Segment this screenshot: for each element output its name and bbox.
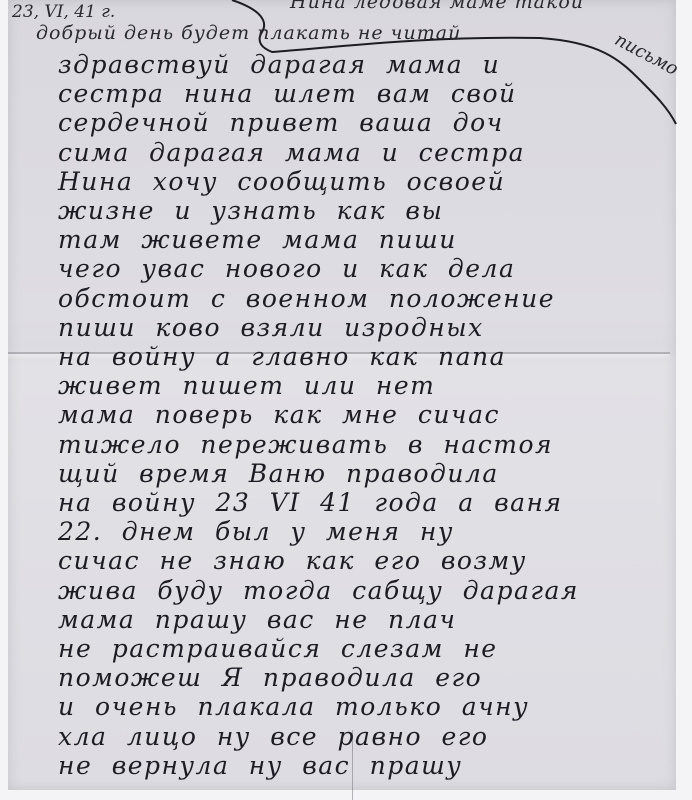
top-note-line2: добрый день будет плакать не читай	[36, 22, 461, 44]
letter-line: пиши ково взяли изродных	[58, 313, 484, 342]
letter-line: сичас не знаю как его возму	[58, 546, 527, 575]
letter-line: сестра нина шлет вам свой	[58, 79, 517, 108]
letter-line: здравствуй дарагая мама и	[58, 50, 500, 79]
letter-line: жизне и узнать как вы	[58, 196, 443, 225]
letter-line: Нина хочу сообщить освоей	[58, 167, 505, 196]
letter-line: щий время Ваню праводила	[58, 459, 499, 488]
top-note-line1: Нина ледовая маме такой	[290, 0, 584, 13]
letter-line: жива буду тогда сабщу дарагая	[58, 576, 579, 605]
letter-date: 23, VI, 41 г.	[12, 2, 115, 22]
letter-line: не вернула ну вас прашу	[58, 751, 462, 780]
letter-line: 22. днем был у меня ну	[58, 517, 454, 546]
letter-line: на войну а главно как папа	[58, 342, 506, 371]
letter-line: сердечной привет ваша доч	[58, 108, 504, 137]
letter-line: хла лицо ну все равно его	[58, 722, 488, 751]
letter-line: тижело переживать в настоя	[58, 430, 553, 459]
letter-line: там живете мама пиши	[58, 225, 457, 254]
letter-line: чего увас нового и как дела	[58, 254, 515, 283]
letter-line: и очень плакала только ачну	[58, 692, 529, 721]
letter-line: сима дарагая мама и сестра	[58, 138, 525, 167]
letter-line: обстоит с военном положение	[58, 284, 555, 313]
letter-line: на войну 23 VI 41 года а ваня	[58, 488, 563, 517]
letter-line: поможеш Я праводила его	[58, 663, 482, 692]
letter-line: мама прашу вас не плач	[58, 605, 456, 634]
letter-line: живет пишет или нет	[58, 371, 435, 400]
letter-line: не растраивайся слезам не	[58, 634, 498, 663]
letter-line: мама поверь как мне сичас	[58, 400, 500, 429]
